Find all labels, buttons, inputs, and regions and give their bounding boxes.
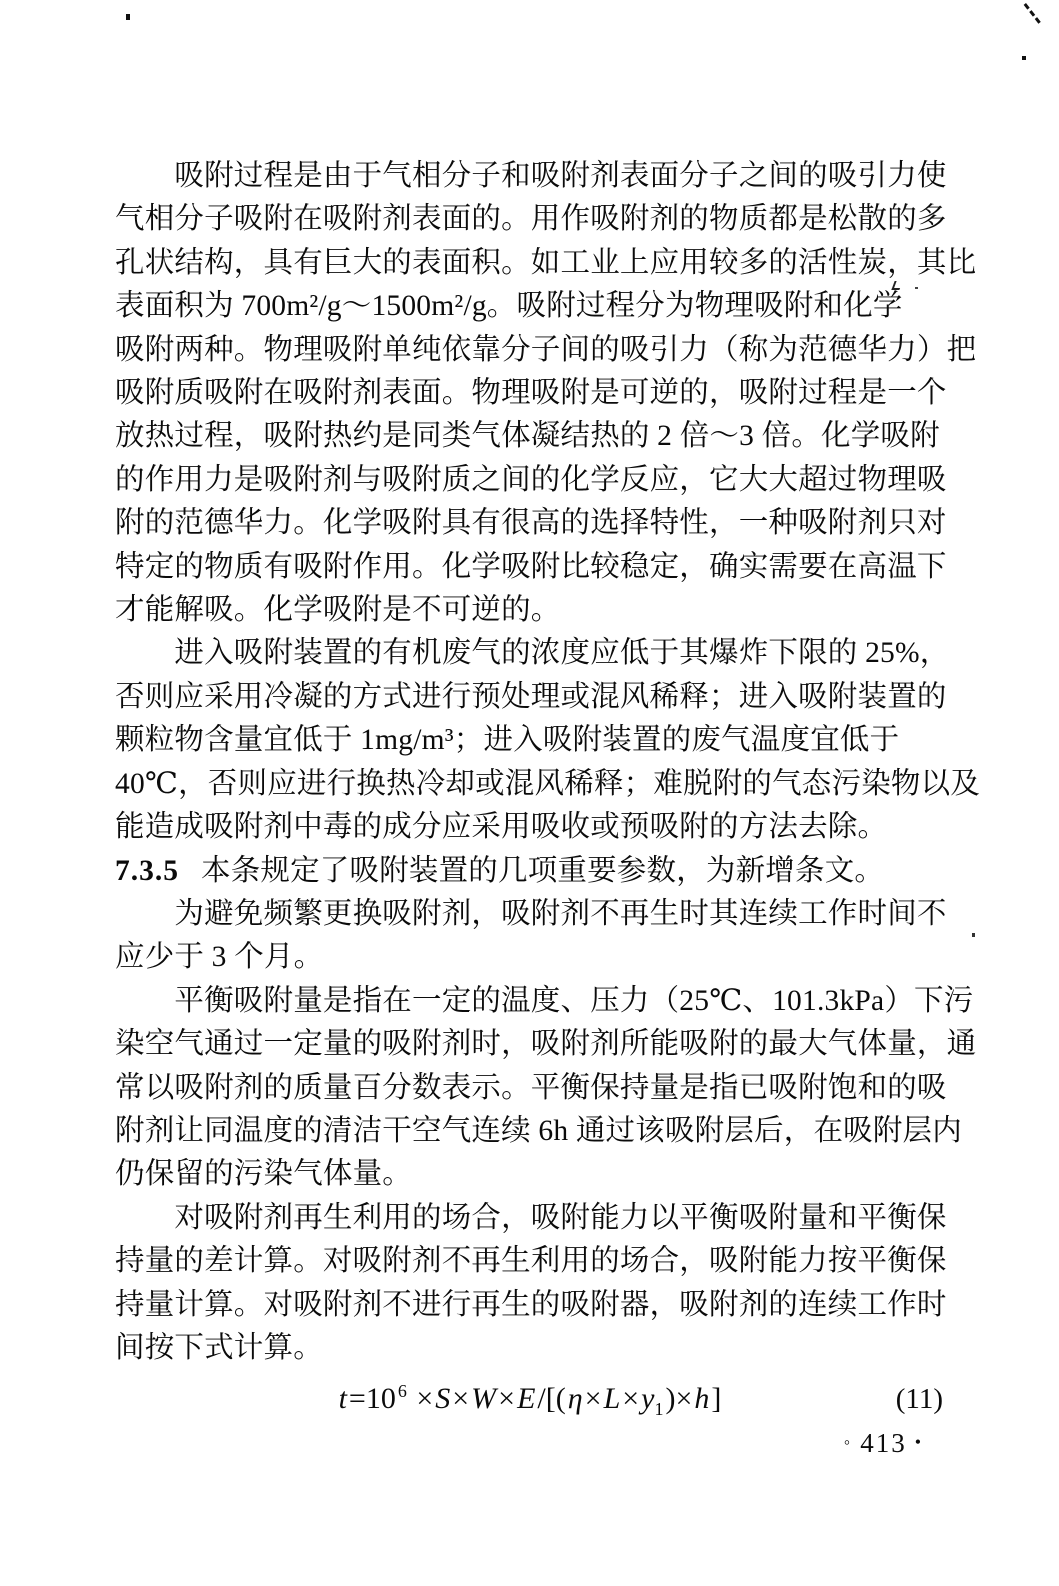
footer-bullet-right: •: [907, 1432, 931, 1452]
multiply-sign: ×: [450, 1382, 471, 1415]
formula-var-L: L: [604, 1382, 621, 1415]
text-line: 染空气通过一定量的吸附剂时，吸附剂所能吸附的最大气体量，通: [115, 1023, 947, 1066]
text-line: 表面积为 700m²/g～1500m²/g。吸附过程分为物理吸附和化学: [115, 285, 947, 328]
text-line: 应少于 3 个月。: [115, 936, 947, 979]
formula-var-W: W: [471, 1382, 496, 1415]
formula-divide-open: /[(: [535, 1382, 567, 1415]
footer-bullet-left: ◦: [836, 1432, 860, 1452]
text-line: 间按下式计算。: [115, 1327, 947, 1370]
text-line: 否则应采用冷凝的方式进行预处理或混风稀释；进入吸附装置的: [115, 676, 947, 719]
section-number: 7.3.5: [115, 855, 179, 887]
text-line: 能造成吸附剂中毒的成分应采用吸收或预吸附的方法去除。: [115, 806, 947, 849]
text-line: 孔状结构，具有巨大的表面积。如工业上应用较多的活性炭，其比: [115, 242, 947, 285]
formula-var-S: S: [435, 1382, 450, 1415]
text-line: 气相分子吸附在吸附剂表面的。用作吸附剂的物质都是松散的多: [115, 198, 947, 241]
scan-artifact-slash: [1024, 3, 1041, 24]
scan-artifact-speck: [915, 287, 918, 289]
text-line: 吸附过程是由于气相分子和吸附剂表面分子之间的吸引力使: [115, 155, 947, 198]
equation-body: t=106 ×S×W×E/[(η×L×y1)×h]: [339, 1382, 724, 1415]
equation-number: (11): [896, 1376, 943, 1422]
text-line: 放热过程，吸附热约是同类气体凝结热的 2 倍～3 倍。化学吸附: [115, 415, 947, 458]
formula-equals-base: =10: [347, 1382, 398, 1415]
text-line: 为避免频繁更换吸附剂，吸附剂不再生时其连续工作时间不: [115, 893, 947, 936]
formula-var-E: E: [517, 1382, 535, 1415]
text-line: 平衡吸附量是指在一定的温度、压力（25℃、101.3kPa）下污: [115, 980, 947, 1023]
text-line: 常以吸附剂的质量百分数表示。平衡保持量是指已吸附饱和的吸: [115, 1067, 947, 1110]
text-line: 进入吸附装置的有机废气的浓度应低于其爆炸下限的 25%，: [115, 632, 947, 675]
page-number: 413: [860, 1428, 907, 1458]
section-text: 本条规定了吸附装置的几项重要参数，为新增条文。: [201, 855, 884, 887]
section-clause-line: 7.3.5本条规定了吸附装置的几项重要参数，为新增条文。: [115, 850, 947, 893]
formula-y-subscript: 1: [655, 1399, 664, 1419]
multiply-sign: ×: [414, 1382, 435, 1415]
page-number-footer: ◦413•: [836, 1428, 931, 1459]
text-line: 才能解吸。化学吸附是不可逆的。: [115, 589, 947, 632]
multiply-sign: ×: [620, 1382, 641, 1415]
text-line: 附的范德华力。化学吸附具有很高的选择特性，一种吸附剂只对: [115, 502, 947, 545]
formula-var-t: t: [339, 1382, 347, 1415]
formula-var-h: h: [694, 1382, 709, 1415]
text-line: 40℃，否则应进行换热冷却或混风稀释；难脱附的气态污染物以及: [115, 763, 947, 806]
formula-close-paren-times: )×: [664, 1382, 695, 1415]
text-line: 持量的差计算。对吸附剂不再生利用的场合，吸附能力按平衡保: [115, 1240, 947, 1283]
text-line: 颗粒物含量宜低于 1mg/m³；进入吸附装置的废气温度宜低于: [115, 719, 947, 762]
equation-11: t=106 ×S×W×E/[(η×L×y1)×h] (11): [115, 1376, 947, 1422]
multiply-sign: ×: [496, 1382, 517, 1415]
scan-artifact-speck: [126, 14, 130, 20]
scan-artifact-speck: [972, 933, 975, 937]
formula-close-bracket: ]: [709, 1382, 723, 1415]
text-line: 吸附两种。物理吸附单纯依靠分子间的吸引力（称为范德华力）把: [115, 329, 947, 372]
multiply-sign: ×: [583, 1382, 604, 1415]
formula-var-y: y: [641, 1382, 654, 1415]
document-text-block: 吸附过程是由于气相分子和吸附剂表面分子之间的吸引力使 气相分子吸附在吸附剂表面的…: [115, 155, 947, 1370]
text-line: 仍保留的污染气体量。: [115, 1153, 947, 1196]
text-line: 持量计算。对吸附剂不进行再生的吸附器，吸附剂的连续工作时: [115, 1284, 947, 1327]
text-line: 附剂让同温度的清洁干空气连续 6h 通过该吸附层后，在吸附层内: [115, 1110, 947, 1153]
text-line: 吸附质吸附在吸附剂表面。物理吸附是可逆的，吸附过程是一个: [115, 372, 947, 415]
text-line: 对吸附剂再生利用的场合，吸附能力以平衡吸附量和平衡保: [115, 1197, 947, 1240]
text-line: 特定的物质有吸附作用。化学吸附比较稳定，确实需要在高温下: [115, 546, 947, 589]
formula-var-eta: η: [568, 1382, 583, 1415]
formula-exponent: 6: [398, 1381, 407, 1401]
scan-artifact-speck: [1022, 56, 1026, 60]
text-line: 的作用力是吸附剂与吸附质之间的化学反应，它大大超过物理吸: [115, 459, 947, 502]
